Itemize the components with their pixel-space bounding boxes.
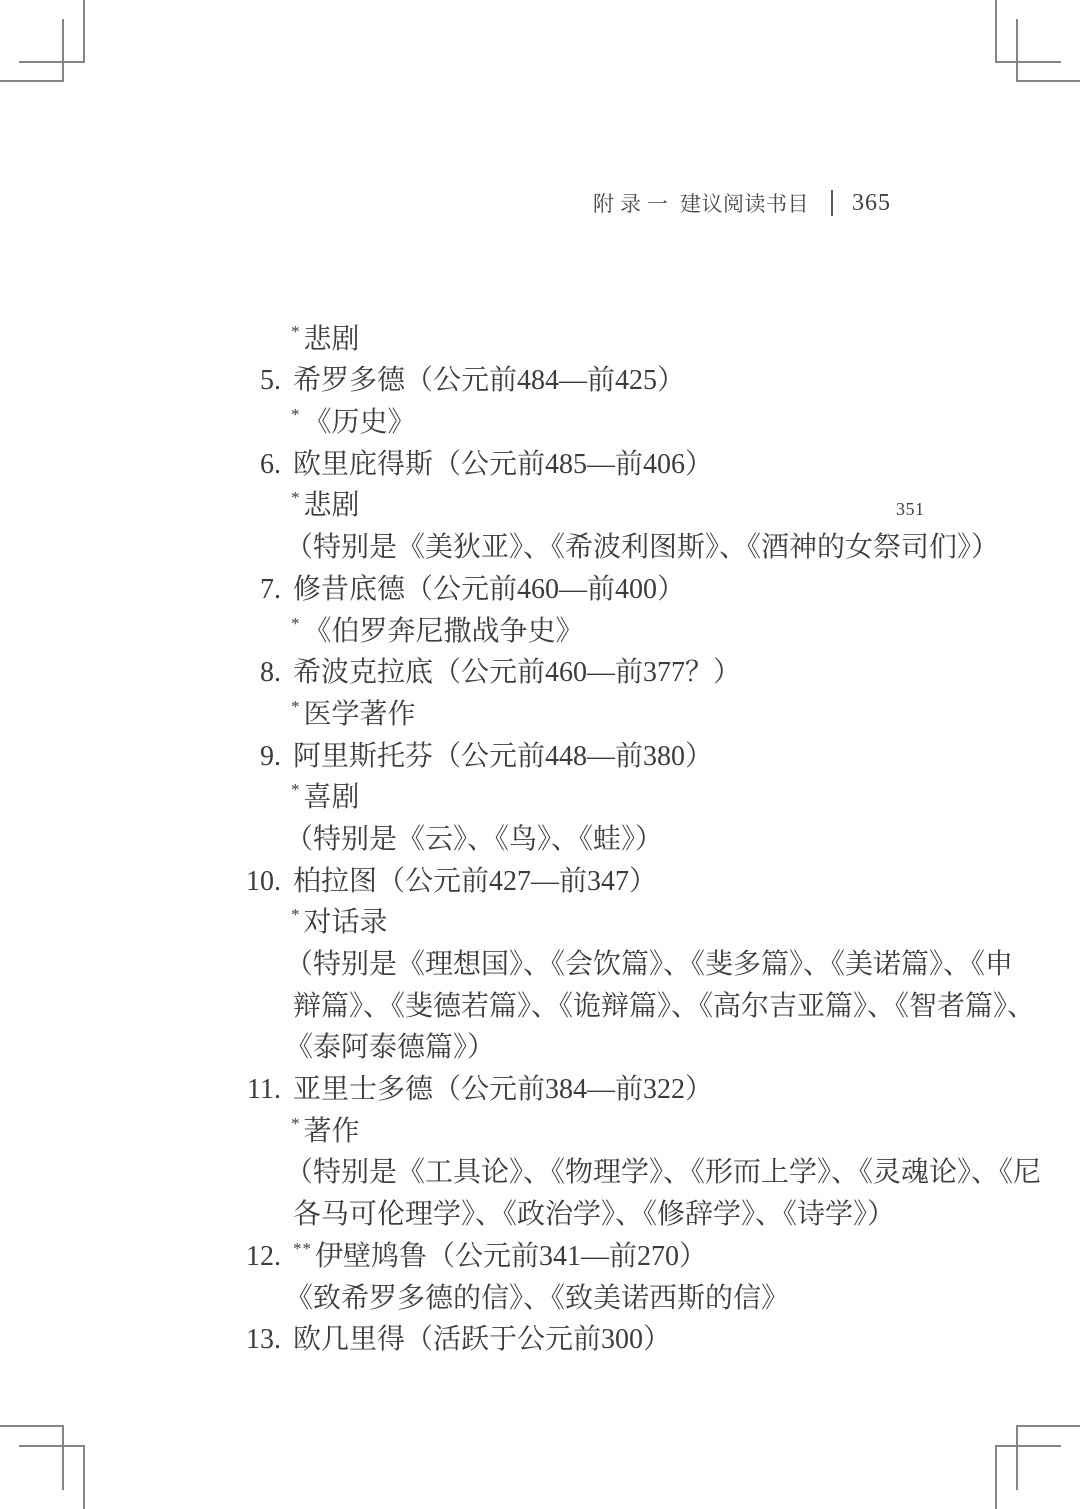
item-number: 9. <box>239 736 281 778</box>
item-number: 7. <box>239 569 281 611</box>
item-number: 11. <box>239 1069 281 1111</box>
line-text: 医学著作 <box>304 699 416 730</box>
line-text: 柏拉图（公元前427—前347） <box>293 866 657 897</box>
line-text: （特别是《工具论》、《物理学》、《形而上学》、《灵魂论》、《尼 <box>285 1157 1041 1188</box>
line-text: 《泰阿泰德篇》） <box>285 1032 495 1063</box>
line-text: 悲剧 <box>304 324 360 355</box>
line-text: 悲剧 <box>304 490 360 521</box>
asterisk-marker: * <box>291 780 301 799</box>
item-number: 5. <box>239 360 281 402</box>
line-text: 阿里斯托芬（公元前448—前380） <box>293 741 713 772</box>
crop-mark-bottom-right-inner <box>1016 1425 1080 1490</box>
line-text: 亚里士多德（公元前384—前322） <box>293 1074 713 1105</box>
crop-mark-top-right-inner <box>1016 19 1080 82</box>
line-text: 希罗多德（公元前484—前425） <box>293 365 685 396</box>
asterisk-marker: * <box>291 614 301 633</box>
item-number: 13. <box>239 1319 281 1361</box>
book-page: 附录一 建议阅读书目 365 351 *悲剧 5.希罗多德（公元前484—前42… <box>0 0 1080 1509</box>
item-number: 12. <box>239 1236 281 1278</box>
asterisk-marker: * <box>291 322 301 341</box>
line-text: 伊壁鸠鲁（公元前341—前270） <box>315 1241 707 1272</box>
reading-list: *悲剧 5.希罗多德（公元前484—前425） *《历史》 6.欧里庇得斯（公元… <box>211 277 991 1319</box>
line-text: 喜剧 <box>304 782 360 813</box>
line-text: 辩篇》、《斐德若篇》、《诡辩篇》、《高尔吉亚篇》、《智者篇》、 <box>293 991 1035 1022</box>
header-separator-rule <box>831 190 833 216</box>
line-text: 希波克拉底（公元前460—前377？） <box>293 657 741 688</box>
asterisk-marker: * <box>291 697 301 716</box>
header-page-number: 365 <box>852 190 891 217</box>
running-header: 附录一 建议阅读书目 365 <box>593 188 891 218</box>
line-text: （特别是《云》、《鸟》、《蛙》） <box>285 824 663 855</box>
reading-list-line: *悲剧 <box>211 277 991 319</box>
header-section-label: 附录一 <box>593 188 674 218</box>
line-text: 著作 <box>304 1116 360 1147</box>
asterisk-marker: * <box>291 405 301 424</box>
asterisk-marker: * <box>291 905 301 924</box>
crop-mark-bottom-left-inner <box>0 1425 64 1490</box>
line-text: （特别是《理想国》、《会饮篇》、《斐多篇》、《美诺篇》、《申 <box>285 949 1013 980</box>
header-chapter-title: 建议阅读书目 <box>680 188 809 218</box>
asterisk-marker: * <box>291 1114 301 1133</box>
asterisk-marker: ** <box>293 1239 312 1258</box>
crop-mark-top-left-inner <box>0 19 64 82</box>
line-text: 欧几里得（活跃于公元前300） <box>293 1324 671 1355</box>
line-text: （特别是《美狄亚》、《希波利图斯》、《酒神的女祭司们》） <box>285 532 999 563</box>
line-text: 修昔底德（公元前460—前400） <box>293 574 685 605</box>
item-number: 10. <box>239 861 281 903</box>
line-text: 《历史》 <box>304 407 416 438</box>
line-text: 《致希罗多德的信》、《致美诺西斯的信》 <box>285 1283 789 1314</box>
item-number: 8. <box>239 652 281 694</box>
line-text: 各马可伦理学》、《政治学》、《修辞学》、《诗学》） <box>293 1199 895 1230</box>
line-text: 对话录 <box>304 907 388 938</box>
line-text: 《伯罗奔尼撒战争史》 <box>304 616 584 647</box>
item-number: 6. <box>239 444 281 486</box>
line-text: 欧里庇得斯（公元前485—前406） <box>293 449 713 480</box>
asterisk-marker: * <box>291 488 301 507</box>
